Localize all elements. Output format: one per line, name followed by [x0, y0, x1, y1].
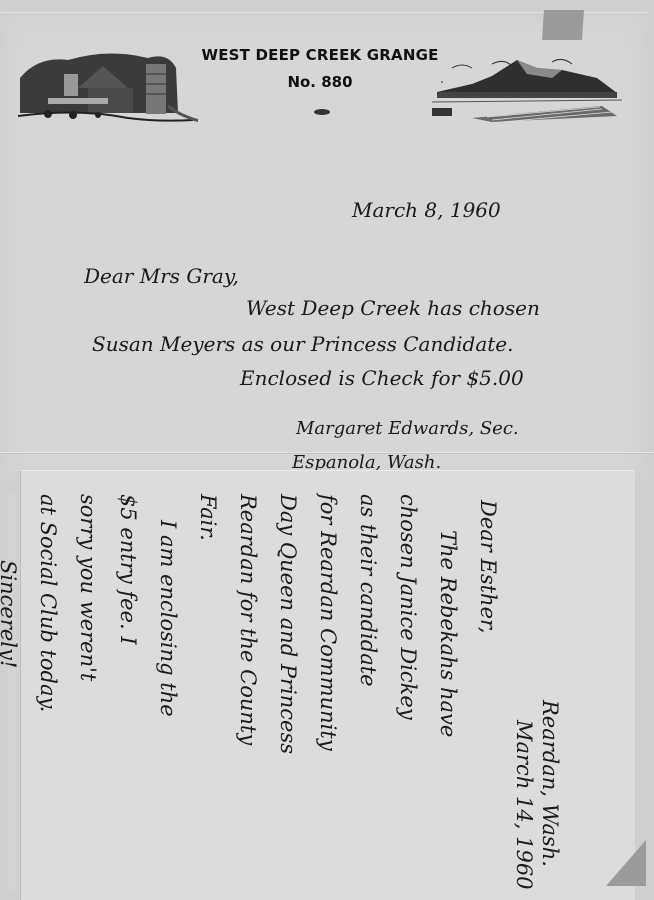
letter1-body-line: Susan Meyers as our Princess Candidate. [92, 332, 514, 356]
note-body-line: as their candidate [348, 490, 388, 890]
letter1-body-line: Enclosed is Check for $5.00 [240, 366, 524, 390]
note-body-line: chosen Janice Dickey [388, 490, 428, 890]
organization-name: WEST DEEP CREEK GRANGE [190, 46, 450, 64]
letter1-date: March 8, 1960 [352, 198, 501, 222]
rotated-note: Reardan, Wash. March 14, 1960 Dear Esthe… [0, 490, 570, 890]
note-body-line: I am enclosing the [148, 490, 188, 890]
letter1-body-line: West Deep Creek has chosen [246, 296, 540, 320]
note-body-line: Day Queen and Princess [268, 490, 308, 890]
note-body-line: Reardan for the County [228, 490, 268, 890]
farm-barn-silo-illustration [18, 48, 198, 123]
note-body-line: for Reardan Community [308, 490, 348, 890]
note-body-line: The Rebekahs have [428, 490, 468, 890]
leaf-ornament-icon [314, 109, 330, 115]
note-body-line: $5 entry fee. I [108, 490, 148, 890]
note-body-line: sorry you weren't [68, 490, 108, 890]
letter1-salutation: Dear Mrs Gray, [84, 264, 239, 288]
tape-piece [542, 10, 584, 40]
letter1-signature: Margaret Edwards, Sec. [296, 418, 519, 439]
note-body-line: Fair. [188, 490, 228, 890]
grange-number: No. 880 [190, 73, 450, 91]
mountain-farmland-illustration [432, 48, 622, 123]
note-salutation: Dear Esther, [468, 490, 508, 890]
fold-line [0, 452, 654, 454]
note-date: March 14, 1960 [504, 490, 544, 890]
note-body-line: at Social Club today. [28, 490, 68, 890]
note-closing: Sincerely! [0, 490, 28, 890]
